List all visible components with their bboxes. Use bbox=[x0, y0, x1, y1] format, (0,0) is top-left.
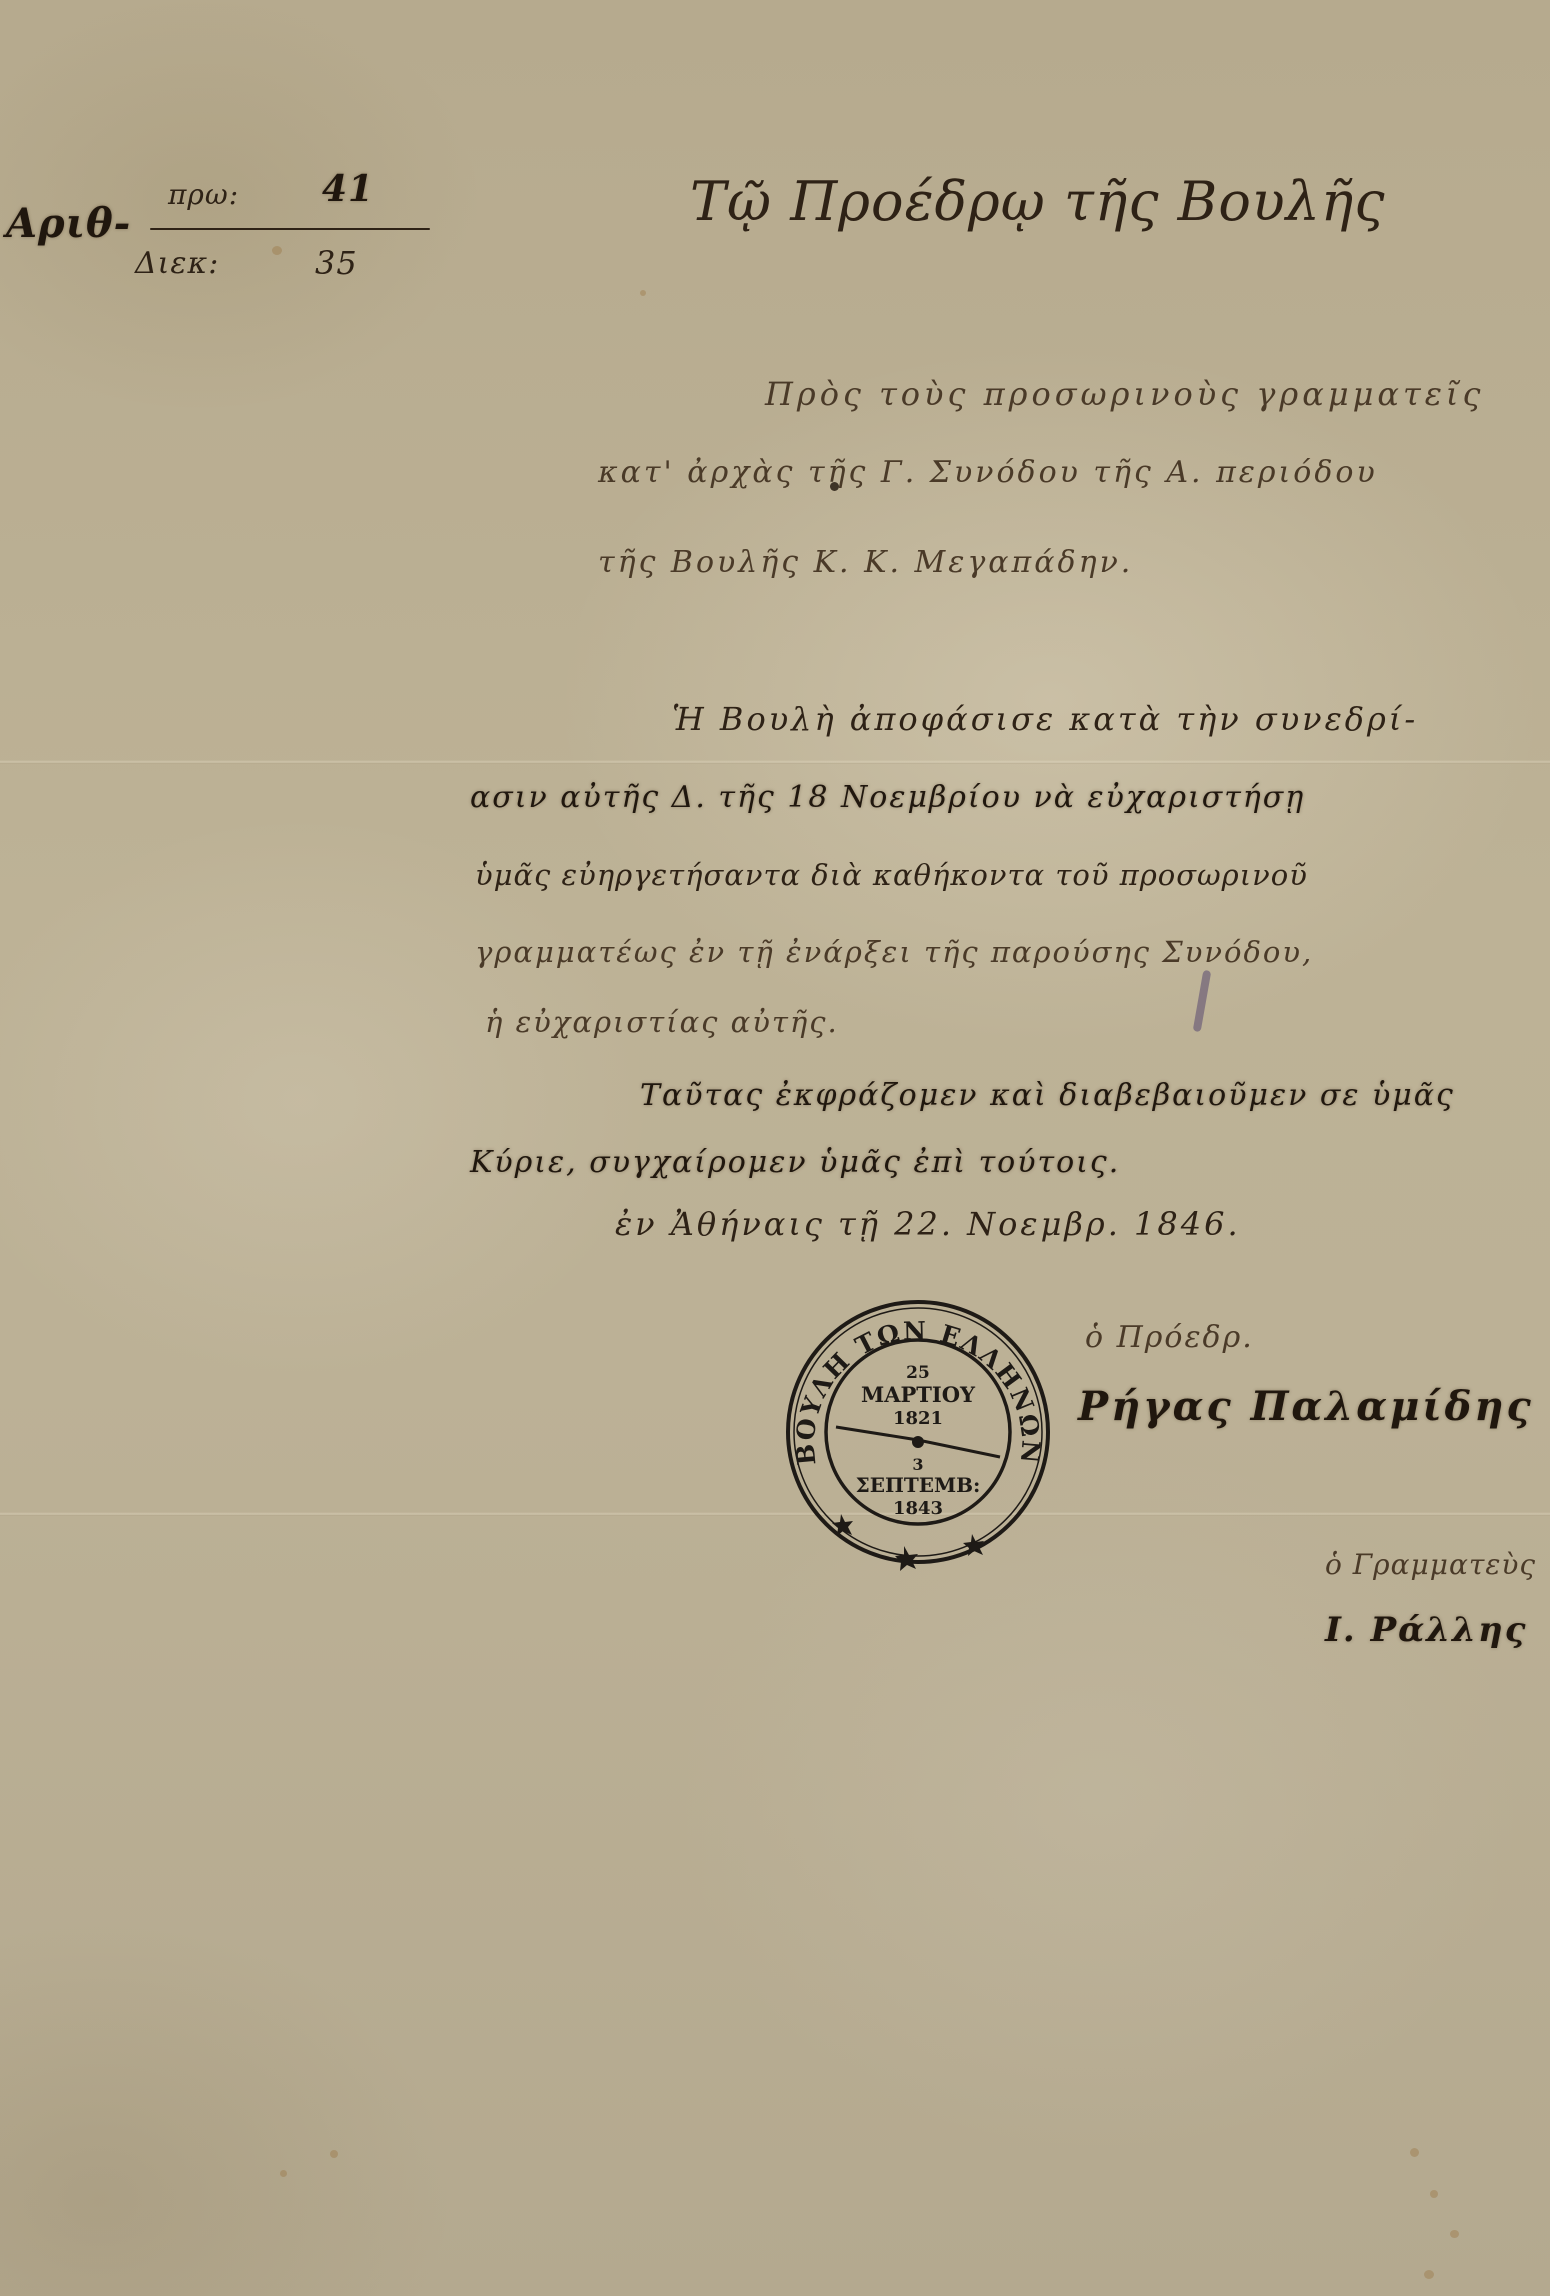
letter-heading: Τῷ Προέδρῳ τῆς Βουλῆς bbox=[690, 170, 1385, 233]
seal-year-1821: 1821 bbox=[893, 1408, 943, 1429]
foxing-spot bbox=[1410, 2148, 1419, 2157]
seal-stamp-icon: ΒΟΥΛΗ ΤΩΝ ΕΛΛΗΝΩΝ 25 ΜΑΡΤΙΟΥ 1821 3 ΣΕΠΤ… bbox=[778, 1292, 1058, 1572]
body-line: ασιν αὐτῆς Δ. τῆς 18 Νοεμβρίου νὰ εὐχαρι… bbox=[470, 780, 1305, 815]
margin-note-label-2: Διεκ: bbox=[135, 246, 219, 281]
subject-line: κατ' ἀρχὰς τῆς Γ. Συνόδου τῆς Α. περιόδο… bbox=[598, 455, 1378, 490]
foxing-spot bbox=[1430, 2190, 1438, 2198]
body-line: Ταῦτας ἐκφράζομεν καὶ διαβεβαιοῦμεν σε ὑ… bbox=[640, 1078, 1455, 1113]
official-seal: ΒΟΥΛΗ ΤΩΝ ΕΛΛΗΝΩΝ 25 ΜΑΡΤΙΟΥ 1821 3 ΣΕΠΤ… bbox=[778, 1292, 1058, 1572]
strikethrough-line bbox=[150, 228, 430, 230]
president-signature: Ρήγας Παλαμίδης bbox=[1078, 1383, 1534, 1430]
foxing-spot bbox=[280, 2170, 287, 2177]
seal-month-2: ΣΕΠΤΕΜΒ: bbox=[856, 1473, 981, 1497]
seal-year-1843: 1843 bbox=[893, 1498, 943, 1519]
date-line: ἐν Ἀθήναις τῇ 22. Νοεμβρ. 1846. bbox=[615, 1205, 1241, 1243]
body-line: γραμματέως ἐν τῇ ἐνάρξει τῆς παρούσης Συ… bbox=[475, 935, 1313, 969]
margin-note-number: 41 bbox=[322, 168, 374, 210]
foxing-spot bbox=[330, 2150, 338, 2158]
secretary-signature: Ι. Ράλλης bbox=[1325, 1610, 1527, 1650]
paper-fold-line bbox=[0, 760, 1550, 764]
body-line: Κύριε, συγχαίρομεν ὑμᾶς ἐπὶ τούτοις. bbox=[470, 1145, 1120, 1180]
foxing-spot bbox=[1450, 2230, 1459, 2238]
body-line: Ἡ Βουλὴ ἀποφάσισε κατὰ τὴν συνεδρί- bbox=[672, 700, 1418, 738]
margin-note-number-2: 35 bbox=[315, 244, 358, 282]
margin-note-prefix: Αριθ- bbox=[6, 200, 131, 247]
seal-day-2: 3 bbox=[912, 1455, 923, 1474]
subject-line: τῆς Βουλῆς Κ. Κ. Μεγαπάδην. bbox=[598, 545, 1133, 580]
seal-month: ΜΑΡΤΙΟΥ bbox=[861, 1382, 976, 1407]
foxing-spot bbox=[1424, 2270, 1434, 2279]
president-title: ὁ Πρόεδρ. bbox=[1085, 1320, 1254, 1355]
body-line: ἡ εὐχαριστίας αὐτῆς. bbox=[485, 1005, 839, 1039]
body-line: ὑμᾶς εὐηργετήσαντα διὰ καθήκοντα τοῦ προ… bbox=[475, 858, 1308, 892]
subject-line: Πρὸς τοὺς προσωρινοὺς γραμματεῖς bbox=[765, 375, 1484, 413]
foxing-spot bbox=[640, 290, 646, 296]
foxing-spot bbox=[272, 246, 282, 255]
seal-divider-ornament bbox=[836, 1427, 1000, 1457]
paper-fold-line bbox=[0, 1512, 1550, 1516]
secretary-title: ὁ Γραμματεὺς bbox=[1325, 1548, 1536, 1581]
seal-day: 25 bbox=[906, 1363, 930, 1383]
margin-note-label: πρω: bbox=[168, 178, 239, 211]
